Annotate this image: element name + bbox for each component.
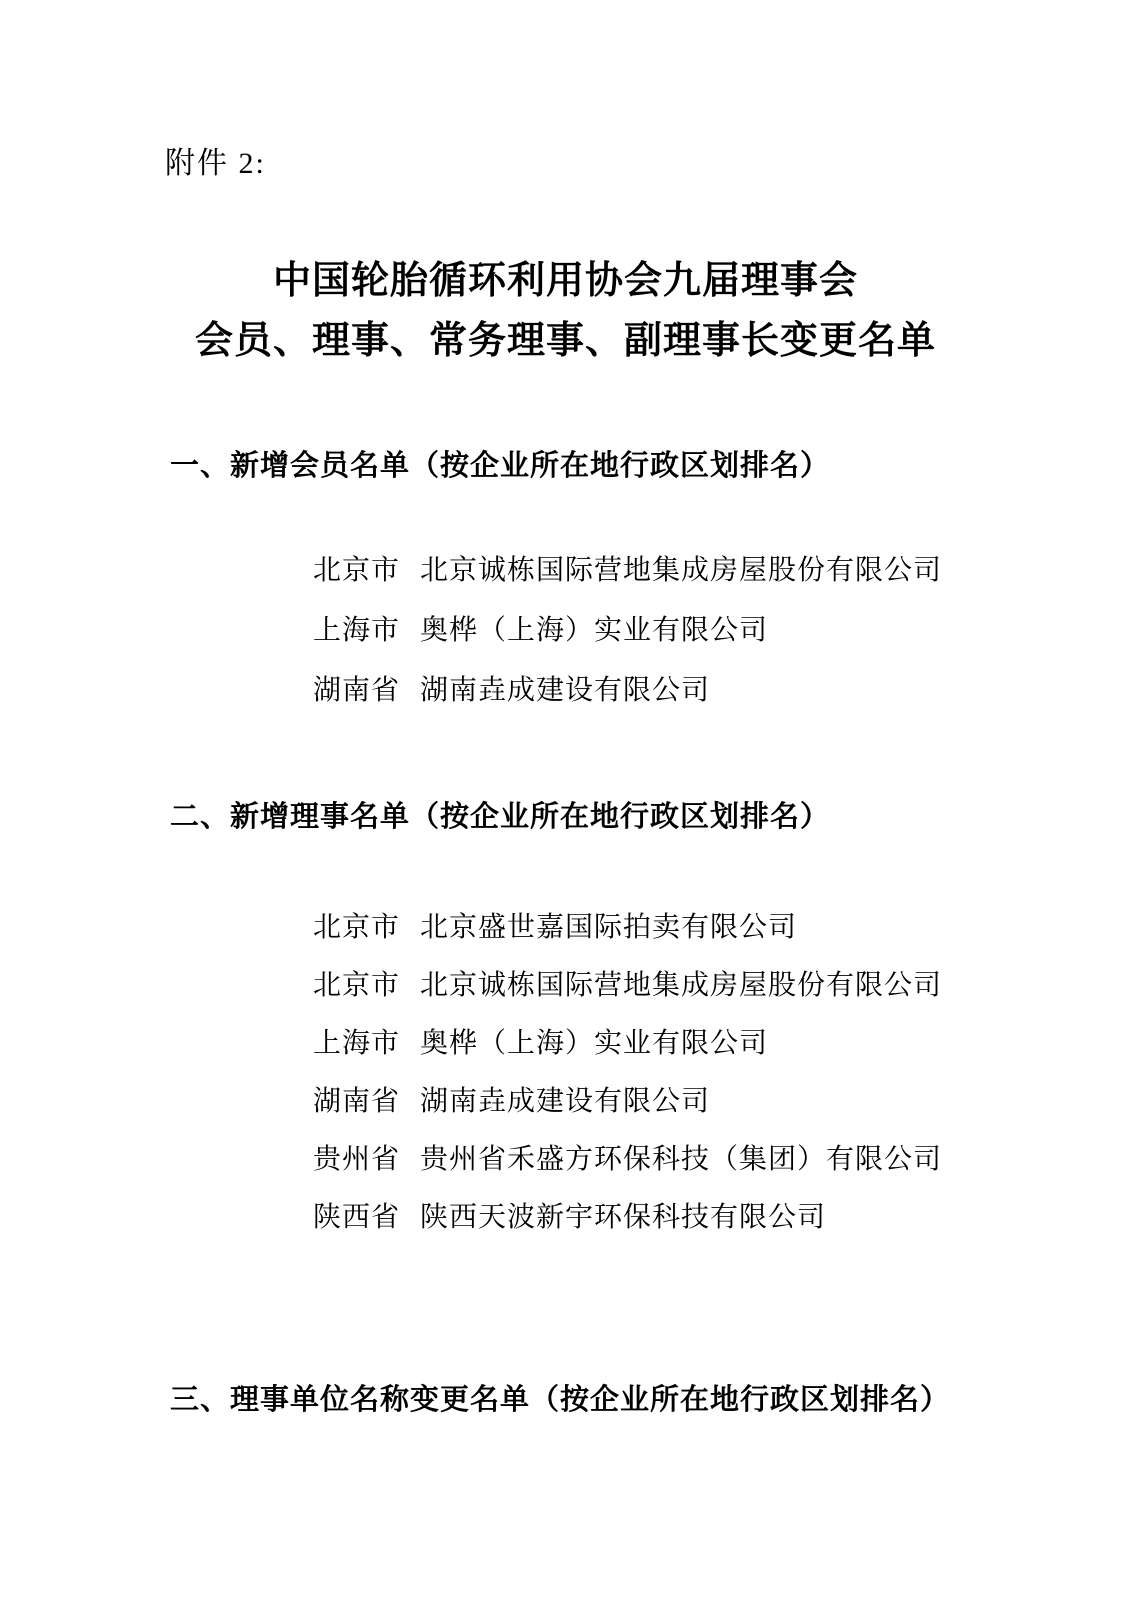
entry-region: 陕西省	[313, 1203, 400, 1234]
entry-region: 湖南省	[313, 676, 400, 707]
entry-company: 湖南垚成建设有限公司	[420, 676, 710, 707]
entry-company: 陕西天波新宇环保科技有限公司	[420, 1203, 826, 1234]
entry-company: 奥桦（上海）实业有限公司	[420, 1029, 768, 1060]
document-page: 附件 2: 中国轮胎循环利用协会九届理事会 会员、理事、常务理事、副理事长变更名…	[0, 0, 1131, 1600]
entry-region: 贵州省	[313, 1145, 400, 1176]
entry-company: 贵州省禾盛方环保科技（集团）有限公司	[420, 1145, 942, 1176]
section-3-heading: 三、理事单位名称变更名单（按企业所在地行政区划排名）	[170, 1386, 950, 1415]
attachment-label: 附件 2:	[165, 146, 266, 182]
section-1-heading: 一、新增会员名单（按企业所在地行政区划排名）	[170, 452, 830, 481]
entry-company: 奥桦（上海）实业有限公司	[420, 616, 768, 647]
entry-region: 北京市	[313, 971, 400, 1002]
entry-region: 上海市	[313, 616, 400, 647]
section-2-heading: 二、新增理事名单（按企业所在地行政区划排名）	[170, 803, 830, 832]
document-title-line1: 中国轮胎循环利用协会九届理事会	[0, 262, 1131, 300]
entry-region: 湖南省	[313, 1087, 400, 1118]
document-title-line2: 会员、理事、常务理事、副理事长变更名单	[0, 322, 1131, 360]
entry-region: 上海市	[313, 1029, 400, 1060]
entry-region: 北京市	[313, 556, 400, 587]
entry-company: 北京诚栋国际营地集成房屋股份有限公司	[420, 556, 942, 587]
entry-company: 湖南垚成建设有限公司	[420, 1087, 710, 1118]
entry-region: 北京市	[313, 913, 400, 944]
entry-company: 北京诚栋国际营地集成房屋股份有限公司	[420, 971, 942, 1002]
entry-company: 北京盛世嘉国际拍卖有限公司	[420, 913, 797, 944]
